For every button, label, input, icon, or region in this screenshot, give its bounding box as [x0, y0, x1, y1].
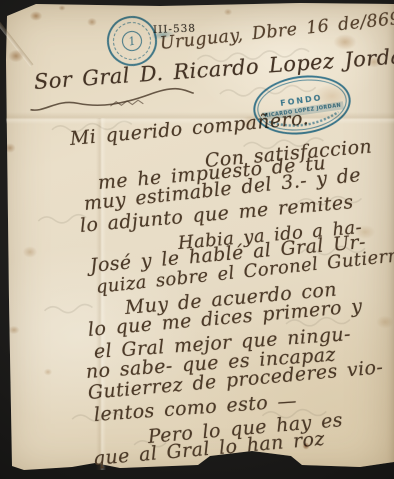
scan-background: III-538 Uruguay, Dbre 16 de/869 Sor Gral… — [0, 0, 394, 479]
circular-stamp: 1 — [102, 11, 161, 70]
stamp-center-numeral: 1 — [127, 34, 137, 48]
